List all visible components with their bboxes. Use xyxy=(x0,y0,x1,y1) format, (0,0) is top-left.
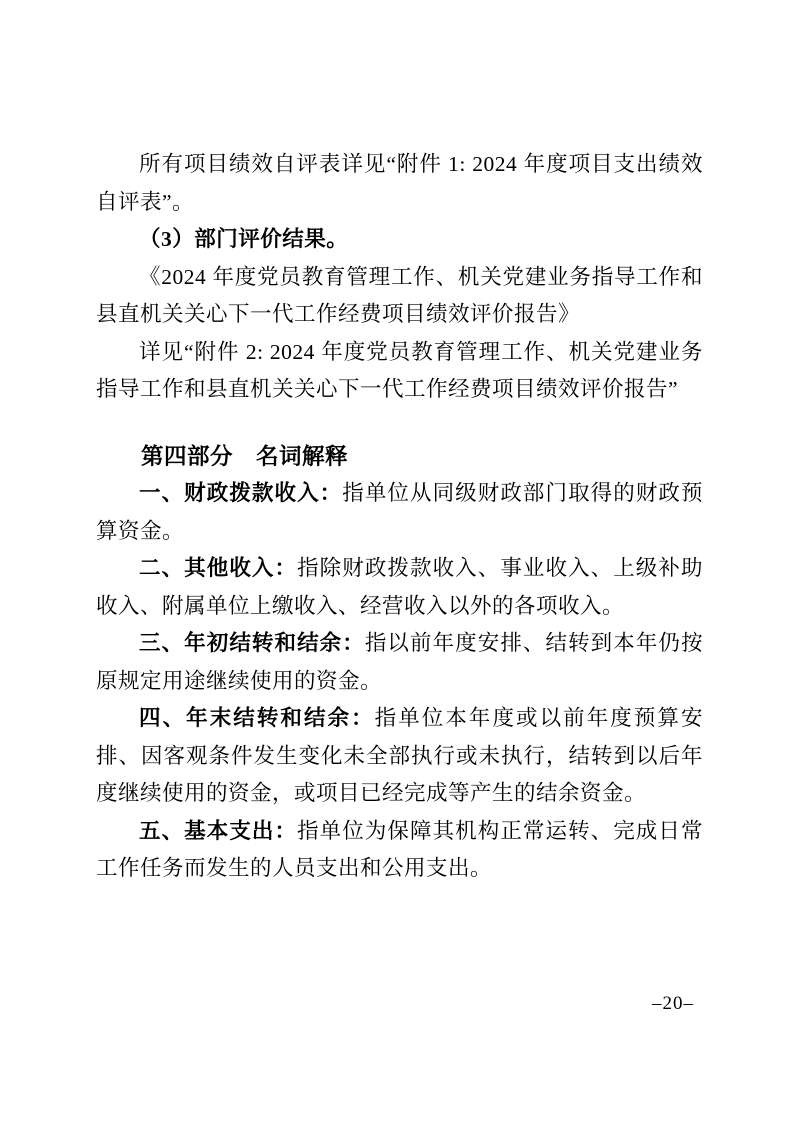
term-name: 一、财政拨款收入： xyxy=(139,481,342,505)
term-definition-beginning-year-carryover: 三、年初结转和结余：指以前年度安排、结转到本年仍按原规定用途继续使用的资金。 xyxy=(96,625,703,700)
paragraph-self-eval-attachment-note: 所有项目绩效自评表详见“附件 1: 2024 年度项目支出绩效自评表”。 xyxy=(96,146,703,221)
term-definition-year-end-carryover: 四、年末结转和结余：指单位本年度或以前年度预算安排、因客观条件发生变化未全部执行… xyxy=(96,700,703,813)
term-name: 五、基本支出： xyxy=(139,819,297,843)
document-page: 所有项目绩效自评表详见“附件 1: 2024 年度项目支出绩效自评表”。 （3）… xyxy=(0,0,793,1122)
term-definition-fiscal-appropriation-income: 一、财政拨款收入：指单位从同级财政部门取得的财政预算资金。 xyxy=(96,475,703,550)
term-definition-basic-expenditure: 五、基本支出：指单位为保障其机构正常运转、完成日常工作任务而发生的人员支出和公用… xyxy=(96,813,703,888)
page-number: –20– xyxy=(652,993,694,1015)
term-name: 二、其他收入： xyxy=(139,556,297,580)
term-definition-other-income: 二、其他收入：指除财政拨款收入、事业收入、上级补助收入、附属单位上缴收入、经营收… xyxy=(96,550,703,625)
paragraph-eval-report-title: 《2024 年度党员教育管理工作、机关党建业务指导工作和县直机关关心下一代工作经… xyxy=(96,259,703,334)
paragraph-dept-eval-result-heading: （3）部门评价结果。 xyxy=(96,221,703,259)
term-name: 三、年初结转和结余： xyxy=(139,631,365,655)
term-name: 四、年末结转和结余： xyxy=(139,706,375,730)
section-heading-part4-glossary: 第四部分 名词解释 xyxy=(96,438,703,476)
paragraph-attachment2-note: 详见“附件 2: 2024 年度党员教育管理工作、机关党建业务指导工作和县直机关… xyxy=(96,334,703,409)
document-body: 所有项目绩效自评表详见“附件 1: 2024 年度项目支出绩效自评表”。 （3）… xyxy=(96,146,703,888)
